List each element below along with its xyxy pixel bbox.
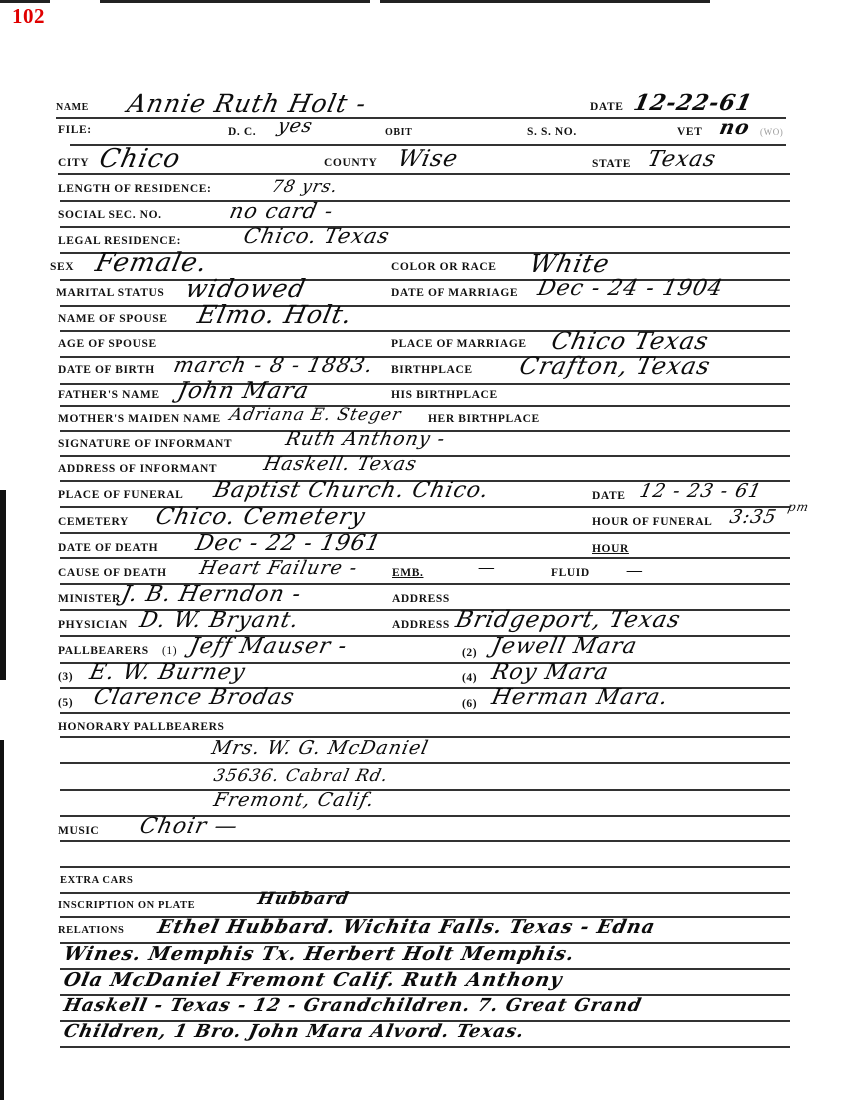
state-value: Texas — [645, 147, 718, 172]
rule — [60, 840, 790, 842]
inscription-on-plate-label: INSCRIPTION ON PLATE — [58, 900, 195, 911]
address-of-informant-value: Haskell. Texas — [262, 453, 420, 475]
funeral-date-value: 12 - 23 - 61 — [638, 480, 764, 502]
minister-value: J. B. Herndon - — [119, 582, 303, 607]
rule — [60, 712, 790, 714]
pallbearer-num: (1) — [162, 645, 177, 657]
pallbearer-num: (6) — [462, 698, 477, 710]
ss-no-label: S. S. NO. — [527, 126, 577, 138]
obit-label: OBIT — [385, 127, 412, 138]
pallbearer-name: Roy Mara — [489, 660, 611, 685]
legal-residence-label: LEGAL RESIDENCE: — [58, 235, 181, 247]
marital-status-label: MARITAL STATUS — [56, 287, 164, 299]
fluid-value: — — [624, 561, 646, 581]
hour-of-funeral-suffix: pm — [787, 500, 811, 514]
county-label: COUNTY — [324, 157, 377, 169]
rule — [60, 557, 790, 559]
rule — [60, 762, 790, 764]
date-of-death-label: DATE OF DEATH — [58, 542, 158, 554]
rule — [60, 789, 790, 791]
fathers-name-label: FATHER'S NAME — [58, 389, 160, 401]
hour-of-funeral-label: HOUR OF FUNERAL — [592, 516, 712, 528]
color-or-race-label: COLOR OR RACE — [391, 261, 497, 273]
inscription-on-plate-value: Hubbard — [256, 889, 351, 909]
minister-label: MINISTER — [58, 593, 121, 605]
rule — [60, 1046, 790, 1048]
signature-of-informant-value: Ruth Anthony - — [284, 428, 448, 450]
signature-of-informant-label: SIGNATURE OF INFORMANT — [58, 438, 232, 450]
name-label: NAME — [56, 102, 89, 113]
dc-label: D. C. — [228, 126, 256, 138]
state-label: STATE — [592, 158, 631, 170]
relations-label: RELATIONS — [58, 925, 124, 936]
date-value: 12-22-61 — [631, 90, 755, 116]
fluid-label: FLUID — [551, 567, 590, 579]
marital-status-value: widowed — [183, 274, 309, 303]
address-of-informant-label: ADDRESS OF INFORMANT — [58, 463, 217, 475]
length-of-residence-label: LENGTH OF RESIDENCE: — [58, 183, 211, 195]
hour-of-funeral-value: 3:35 — [728, 506, 779, 528]
date-of-marriage-value: Dec - 24 - 1904 — [535, 276, 725, 301]
sex-label: SEX — [50, 261, 74, 273]
pallbearer-name: Jewell Mara — [489, 634, 639, 659]
cause-of-death-label: CAUSE OF DEATH — [58, 567, 167, 579]
relations-line: Ola McDaniel Fremont Calif. Ruth Anthony — [62, 969, 565, 991]
scan-top-edge — [0, 0, 850, 4]
relations-line: Wines. Memphis Tx. Herbert Holt Memphis. — [62, 943, 577, 965]
fathers-name-value: John Mara — [175, 378, 312, 404]
pallbearer-name: Clarence Brodas — [91, 685, 297, 710]
page-number: 102 — [12, 4, 45, 29]
physician-address-label: ADDRESS — [392, 619, 450, 631]
music-label: MUSIC — [58, 825, 99, 837]
pallbearer-name: Herman Mara. — [489, 685, 670, 710]
color-or-race-value: White — [527, 249, 613, 278]
cemetery-label: CEMETERY — [58, 516, 129, 528]
her-birthplace-label: HER BIRTHPLACE — [428, 413, 540, 425]
place-of-funeral-value: Baptist Church. Chico. — [211, 478, 491, 503]
date-of-birth-label: DATE OF BIRTH — [58, 364, 155, 376]
rule — [56, 117, 786, 119]
honorary-pallbearer-line: 35636. Cabral Rd. — [212, 766, 390, 786]
date-of-death-value: Dec - 22 - 1961 — [193, 531, 383, 556]
honorary-pallbearers-label: HONORARY PALLBEARERS — [58, 721, 225, 733]
social-sec-no-value: no card - — [227, 199, 335, 223]
hour-label: HOUR — [592, 543, 629, 555]
honorary-pallbearer-line: Mrs. W. G. McDaniel — [210, 737, 431, 759]
physician-value: D. W. Bryant. — [137, 608, 301, 633]
pallbearer-num: (2) — [462, 647, 477, 659]
county-value: Wise — [395, 146, 461, 172]
pallbearer-num: (3) — [58, 671, 73, 683]
rule — [58, 173, 790, 175]
place-of-marriage-value: Chico Texas — [549, 327, 711, 355]
date-of-marriage-label: DATE OF MARRIAGE — [391, 287, 518, 299]
vet-value: no — [717, 115, 752, 139]
extra-cars-label: EXTRA CARS — [60, 875, 133, 886]
age-of-spouse-label: AGE OF SPOUSE — [58, 338, 157, 350]
city-label: CITY — [58, 157, 89, 169]
place-of-marriage-label: PLACE OF MARRIAGE — [391, 338, 527, 350]
cause-of-death-value: Heart Failure - — [198, 557, 360, 579]
rule — [60, 405, 790, 407]
pallbearers-label: PALLBEARERS — [58, 645, 149, 657]
legal-residence-value: Chico. Texas — [241, 224, 392, 248]
vet-suffix: (WO) — [760, 127, 783, 137]
name-value: Annie Ruth Holt - — [125, 89, 369, 118]
rule — [60, 305, 790, 307]
mothers-maiden-name-value: Adriana E. Steger — [228, 405, 403, 425]
rule — [60, 866, 790, 868]
pallbearer-name: Jeff Mauser - — [187, 634, 350, 659]
rule — [60, 455, 790, 457]
social-sec-no-label: SOCIAL SEC. NO. — [58, 209, 162, 221]
rule — [60, 892, 790, 894]
funeral-date-label: DATE — [592, 490, 626, 502]
scan-edge-mark — [0, 490, 6, 680]
birthplace-label: BIRTHPLACE — [391, 364, 473, 376]
emb-value: — — [476, 558, 498, 578]
relations-line: Ethel Hubbard. Wichita Falls. Texas - Ed… — [156, 916, 658, 938]
length-of-residence-value: 78 yrs. — [270, 177, 340, 197]
city-value: Chico — [97, 144, 184, 174]
relations-line: Children, 1 Bro. John Mara Alvord. Texas… — [62, 1021, 527, 1042]
vet-label: VET — [677, 126, 702, 138]
place-of-funeral-label: PLACE OF FUNERAL — [58, 489, 183, 501]
rule — [60, 532, 790, 534]
name-of-spouse-value: Elmo. Holt. — [195, 300, 355, 329]
rule — [60, 383, 790, 385]
date-of-birth-value: march - 8 - 1883. — [171, 353, 375, 377]
rule — [60, 200, 790, 202]
pallbearer-name: E. W. Burney — [87, 660, 248, 685]
physician-label: PHYSICIAN — [58, 619, 128, 631]
honorary-pallbearer-line: Fremont, Calif. — [212, 789, 377, 811]
cemetery-value: Chico. Cemetery — [153, 504, 368, 530]
minister-address-label: ADDRESS — [392, 593, 450, 605]
emb-label: EMB. — [392, 567, 423, 579]
rule — [60, 226, 790, 228]
mothers-maiden-name-label: MOTHER'S MAIDEN NAME — [58, 413, 221, 425]
physician-address-value: Bridgeport, Texas — [453, 607, 683, 633]
date-label: DATE — [590, 101, 624, 113]
pallbearer-num: (4) — [462, 672, 477, 684]
rule — [60, 635, 790, 637]
scan-edge-mark — [0, 740, 4, 1100]
relations-line: Haskell - Texas - 12 - Grandchildren. 7.… — [62, 995, 644, 1016]
his-birthplace-label: HIS BIRTHPLACE — [391, 389, 498, 401]
birthplace-value: Crafton, Texas — [517, 352, 713, 380]
pallbearer-num: (5) — [58, 697, 73, 709]
music-value: Choir — — [137, 814, 240, 839]
name-of-spouse-label: NAME OF SPOUSE — [58, 313, 168, 325]
dc-value: yes — [276, 115, 315, 137]
file-label: FILE: — [58, 124, 92, 136]
